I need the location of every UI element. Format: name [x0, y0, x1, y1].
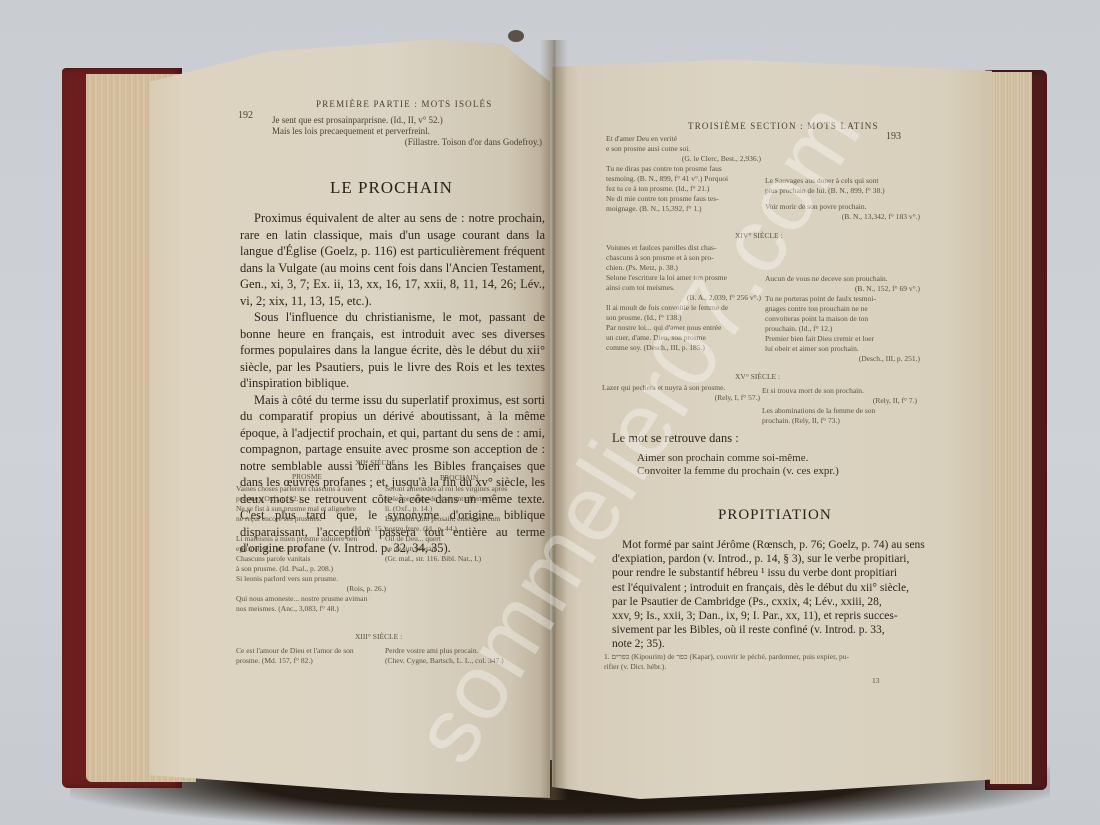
body-line: note 2; 35).: [612, 637, 942, 651]
quote-line: Mais les lois precaequement et perverfre…: [272, 126, 542, 137]
footnote: 1. כפרים (Kipourim) de כפר (Kapar), couv…: [604, 652, 934, 672]
column-heading-prochain: PROCHAIN: [440, 473, 478, 483]
body-line: par le Psautier de Cambridge (Ps., cxxix…: [612, 595, 942, 609]
citation-line: prouchain. (Id., f° 12.): [765, 324, 920, 334]
citation-line: Qui nous amoneste... nostre prusme avima…: [236, 594, 386, 604]
citation-line: Et d'amer Deu en verité: [606, 134, 761, 144]
paragraph: Sous l'influence du christianisme, le mo…: [240, 309, 545, 392]
citation-line: e son prosme ausi come soi.: [606, 144, 761, 154]
photo-scene: 192 PREMIÈRE PARTIE : MOTS ISOLÉS Je sen…: [0, 0, 1100, 825]
citation-line: (Id., p. 15.): [236, 524, 386, 534]
citation-line: (Rois, p. 26.): [236, 584, 386, 594]
citation-line: li. (Oxf., p. 14.): [385, 504, 545, 514]
citation-line: (G. le Clerc, Best., 2,936.): [606, 154, 761, 164]
citation-line: eprisneient. (Id., p. 50.): [236, 544, 386, 554]
paragraph: Proximus équivalent de alter au sens de …: [240, 210, 545, 309]
body-line: Mot formé par saint Jérôme (Rœnsch, p. 7…: [612, 538, 942, 552]
citation-line: Chascuns parole vanitais: [236, 554, 386, 564]
signature-mark: 13: [872, 676, 880, 686]
citation-line: convoiteras point la maison de ton: [765, 314, 920, 324]
citation-line: prusme. (Oxf., p. 12.): [236, 494, 386, 504]
xv-col-right: Et si trouva mort de son prochain. (Rely…: [762, 386, 917, 426]
body-line: xxv, 9; Is., xxii, 3; Dan., ix, 9; I. Pa…: [612, 609, 942, 623]
citation-line: Tu ne porteras point de faulx tesmoi-: [765, 294, 920, 304]
citation-line: gnages contre ton prouchain ne ne: [765, 304, 920, 314]
citation-line: Vaines choses parlerent chascuns à sun: [236, 484, 386, 494]
citation-line: prochain. (Rely, II, f° 73.): [762, 416, 917, 426]
citation-line: nos meismes. (Anc., 3,083, f° 48.): [236, 604, 386, 614]
entry-title-le-prochain: LE PROCHAIN: [330, 178, 453, 198]
xiii-col-left: Ce est l'amour de Dieu et l'amor de son …: [236, 646, 386, 666]
citation-line: (Desch., III, p. 251.): [765, 354, 920, 364]
citation-line: Et si trouva mort de son prochain.: [762, 386, 917, 396]
body-line: sivement par les Bibles, où il reste con…: [612, 623, 942, 637]
citation-line: Seront amenedes al roi les virgines aprè…: [385, 484, 545, 494]
body-line: d'expiation, pardon (v. Introd., p. 14, …: [612, 552, 942, 566]
section-heading-xii: XII° SIÈCLE :: [355, 458, 400, 468]
footnote-line: 1. כפרים (Kipourim) de כפר (Kapar), couv…: [604, 652, 934, 662]
body-line: pour rendre le substantif hébreu ¹ issu …: [612, 566, 942, 580]
entry-title-propitiation: PROPITIATION: [718, 507, 832, 524]
citation-line: Premier bien fait Dieu cremir et loer: [765, 334, 920, 344]
quote-source: (Fillastre. Toison d'or dans Godefroy.): [272, 137, 542, 148]
citation-line: Ce est l'amour de Dieu et l'amor de son: [236, 646, 386, 656]
footnote-line: rifier (v. Dict. hébr.).: [604, 662, 934, 672]
citation-line: Ne se fist à sun prusme mal et alignebre: [236, 504, 386, 514]
body-line: est l'équivalent ; introduit en français…: [612, 581, 942, 595]
left-page-number: 192: [238, 110, 253, 121]
section-heading-xv: XV° SIÈCLE :: [735, 372, 780, 382]
citation-line: Si leonis parlord vers sun prusme.: [236, 574, 386, 584]
citation-line: ne reçut encore ses prusmes.: [236, 514, 386, 524]
page-stack-right: [990, 72, 1032, 784]
right-page-number: 193: [886, 131, 901, 142]
left-top-quote: Je sent que est prosainparprisne. (Id., …: [272, 115, 542, 148]
citation-line: lui obeir et aimer son prochain.: [765, 344, 920, 354]
citation-line: Li maleisnis à mien prusme siduiere nen: [236, 534, 386, 544]
citation-line: à son prusme. (Id. Psal., p. 208.): [236, 564, 386, 574]
citation-line: Les abominations de la femme de son: [762, 406, 917, 416]
citation-line: li, les prosmes de li serunt offertes à: [385, 494, 545, 504]
bookmark-ribbon: [508, 30, 524, 42]
quote-line: Je sent que est prosainparprisne. (Id., …: [272, 115, 542, 126]
propitiation-body: Mot formé par saint Jérôme (Rœnsch, p. 7…: [612, 538, 942, 652]
citation-line: prosme. (Md. 157, f° 82.): [236, 656, 386, 666]
left-running-head: PREMIÈRE PARTIE : MOTS ISOLÉS: [316, 99, 492, 109]
citation-line: (Rely, II, f° 7.): [762, 396, 917, 406]
column-heading-prosme: PROSME: [292, 472, 322, 482]
xii-col-left: Vaines choses parlerent chascuns à sun p…: [236, 484, 386, 614]
section-heading-xiii: XIII° SIÈCLE :: [355, 632, 402, 642]
